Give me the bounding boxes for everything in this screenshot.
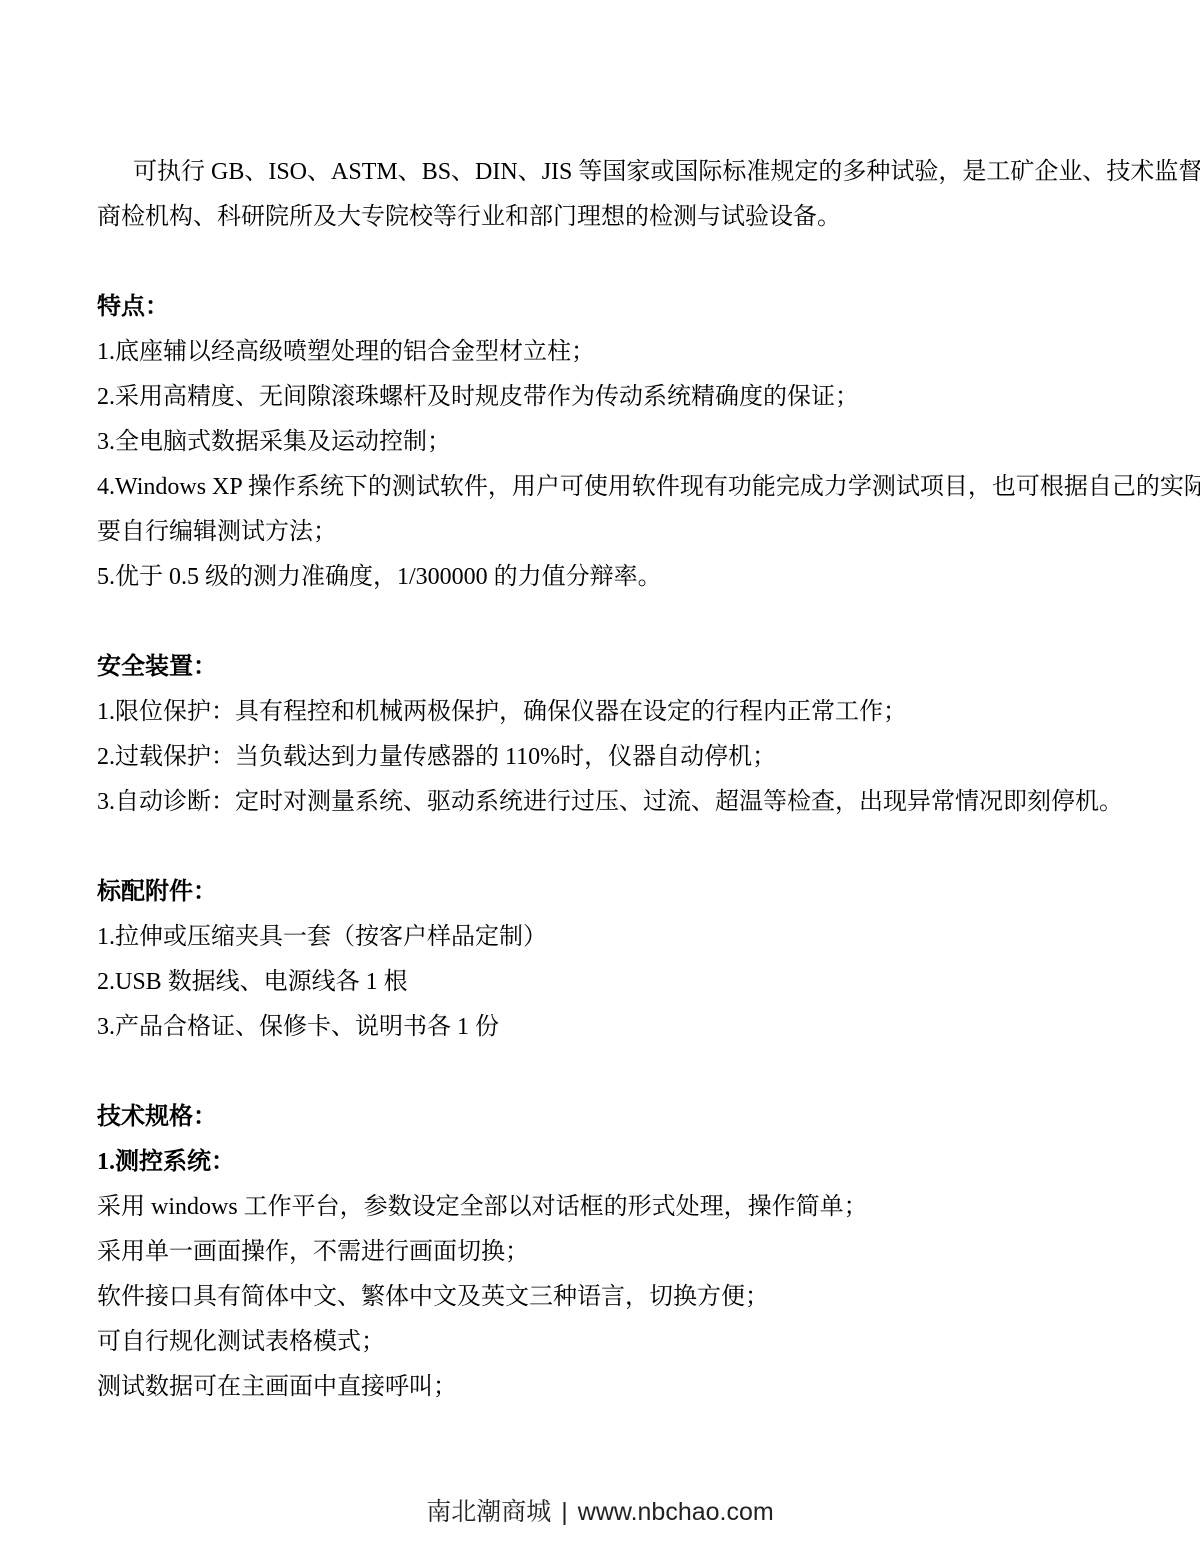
features-item-1: 1.底座辅以经高级喷塑处理的铝合金型材立柱； bbox=[97, 330, 1103, 375]
specs-line-2: 采用单一画面操作，不需进行画面切换； bbox=[97, 1230, 1103, 1275]
footer-site-url: www.nbchao.com bbox=[578, 1498, 774, 1526]
specs-heading: 技术规格： bbox=[97, 1095, 1103, 1140]
features-item-2: 2.采用高精度、无间隙滚珠螺杆及时规皮带作为传动系统精确度的保证； bbox=[97, 375, 1103, 420]
accessories-item-1: 1.拉伸或压缩夹具一套（按客户样品定制） bbox=[97, 915, 1103, 960]
footer-separator: | bbox=[561, 1498, 568, 1526]
accessories-item-3: 3.产品合格证、保修卡、说明书各 1 份 bbox=[97, 1005, 1103, 1050]
safety-item-2: 2.过载保护：当负载达到力量传感器的 110%时，仪器自动停机； bbox=[97, 735, 1103, 780]
document-body: 可执行 GB、ISO、ASTM、BS、DIN、JIS 等国家或国际标准规定的多种… bbox=[97, 150, 1103, 1410]
accessories-item-2: 2.USB 数据线、电源线各 1 根 bbox=[97, 960, 1103, 1005]
specs-line-1: 采用 windows 工作平台，参数设定全部以对话框的形式处理，操作简单； bbox=[97, 1185, 1103, 1230]
features-heading: 特点： bbox=[97, 285, 1103, 330]
features-item-5: 5.优于 0.5 级的测力准确度，1/300000 的力值分辩率。 bbox=[97, 555, 1103, 600]
specs-line-4: 可自行规化测试表格模式； bbox=[97, 1320, 1103, 1365]
specs-line-5: 测试数据可在主画面中直接呼叫； bbox=[97, 1365, 1103, 1410]
features-item-3: 3.全电脑式数据采集及运动控制； bbox=[97, 420, 1103, 465]
safety-item-1: 1.限位保护：具有程控和机械两极保护，确保仪器在设定的行程内正常工作； bbox=[97, 690, 1103, 735]
intro-line-2: 商检机构、科研院所及大专院校等行业和部门理想的检测与试验设备。 bbox=[97, 195, 1103, 240]
features-item-4-line-2: 要自行编辑测试方法； bbox=[97, 510, 1103, 555]
specs-subheading-control-system: 1.测控系统： bbox=[97, 1140, 1103, 1185]
intro-line-1: 可执行 GB、ISO、ASTM、BS、DIN、JIS 等国家或国际标准规定的多种… bbox=[97, 150, 1103, 195]
safety-heading: 安全装置： bbox=[97, 645, 1103, 690]
features-item-4-line-1: 4.Windows XP 操作系统下的测试软件，用户可使用软件现有功能完成力学测… bbox=[97, 465, 1103, 510]
safety-item-3: 3.自动诊断：定时对测量系统、驱动系统进行过压、过流、超温等检查，出现异常情况即… bbox=[97, 780, 1103, 825]
specs-line-3: 软件接口具有简体中文、繁体中文及英文三种语言，切换方便； bbox=[97, 1275, 1103, 1320]
footer-site-name: 南北潮商城 bbox=[426, 1498, 551, 1526]
accessories-heading: 标配附件： bbox=[97, 870, 1103, 915]
page-footer: 南北潮商城|www.nbchao.com bbox=[0, 1492, 1200, 1528]
